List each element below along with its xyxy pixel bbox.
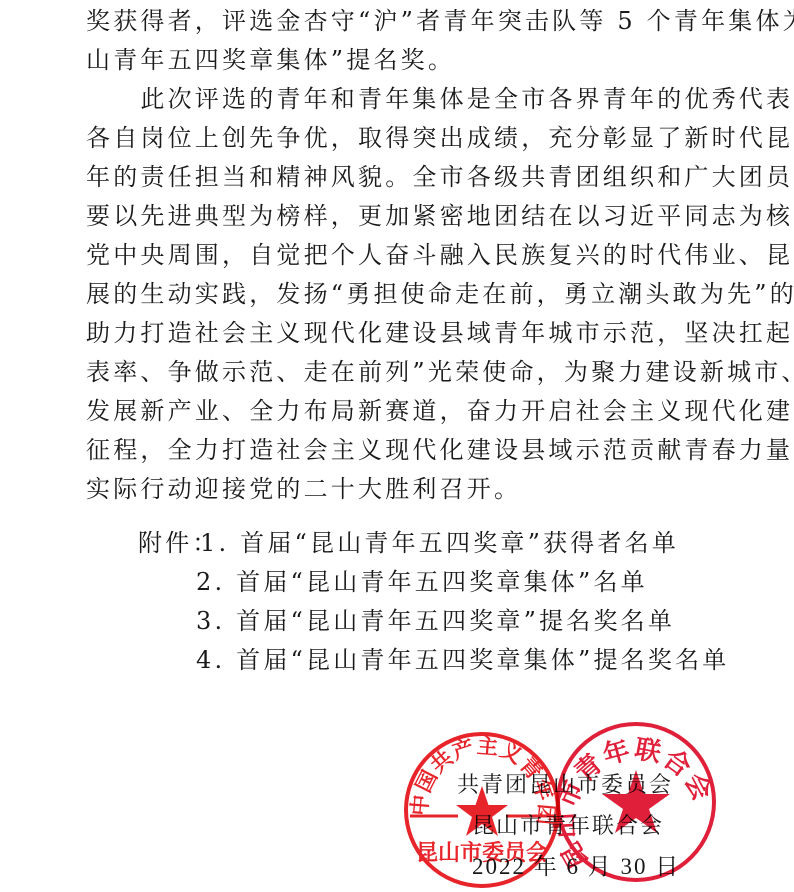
attachment-item: 3. 首届“昆山青年五四奖章”提名奖名单 (196, 602, 696, 641)
body-line: 奖获得者，评选金杏守“沪”者青年突击队等 5 个青年集体为首届“昆 (86, 2, 706, 41)
star-icon (456, 786, 508, 836)
document-page: 奖获得者，评选金杏守“沪”者青年突击队等 5 个青年集体为首届“昆 山青年五四奖… (0, 0, 794, 892)
svg-text:昆山市委员会: 昆山市委员会 (416, 840, 548, 866)
body-line: 表率、争做示范、走在前列”光荣使命，为聚力建设新城市、大力 (86, 353, 706, 392)
attachment-item: 1. 首届“昆山青年五四奖章”获得者名单 (200, 524, 700, 563)
body-line: 助力打造社会主义现代化建设县域青年城市示范，坚决扛起“争当 (86, 314, 706, 353)
body-line: 年的责任担当和精神风貌。全市各级共青团组织和广大团员青年 (86, 158, 706, 197)
star-icon (602, 770, 670, 833)
body-line: 要以先进典型为榜样，更加紧密地团结在以习近平同志为核心的 (86, 197, 706, 236)
body-line: 山青年五四奖章集体”提名奖。 (86, 41, 706, 80)
body-line: 各自岗位上创先争优，取得突出成绩，充分彰显了新时代昆山青 (86, 119, 706, 158)
body-line: 展的生动实践，发扬“勇担使命走在前，勇立潮头敢为先”的精神， (86, 275, 706, 314)
youth-league-seal-stamp: 中国共产主义青年团 昆山市委员会 (400, 728, 564, 892)
body-line: 此次评选的青年和青年集体是全市各界青年的优秀代表，在 (86, 80, 706, 119)
body-line: 征程，全力打造社会主义现代化建设县域示范贡献青春力量，以 (86, 431, 706, 470)
body-line: 实际行动迎接党的二十大胜利召开。 (86, 470, 706, 509)
attachment-item: 4. 首届“昆山青年五四奖章集体”提名奖名单 (196, 641, 696, 680)
body-line: 党中央周围，自觉把个人奋斗融入民族复兴的时代伟业、昆山发 (86, 236, 706, 275)
body-line: 发展新产业、全力布局新赛道，奋力开启社会主义现代化建设新 (86, 392, 706, 431)
attachment-item: 2. 首届“昆山青年五四奖章集体”名单 (196, 563, 696, 602)
youth-federation-seal-stamp: 昆山市青年联合会 (550, 712, 720, 887)
